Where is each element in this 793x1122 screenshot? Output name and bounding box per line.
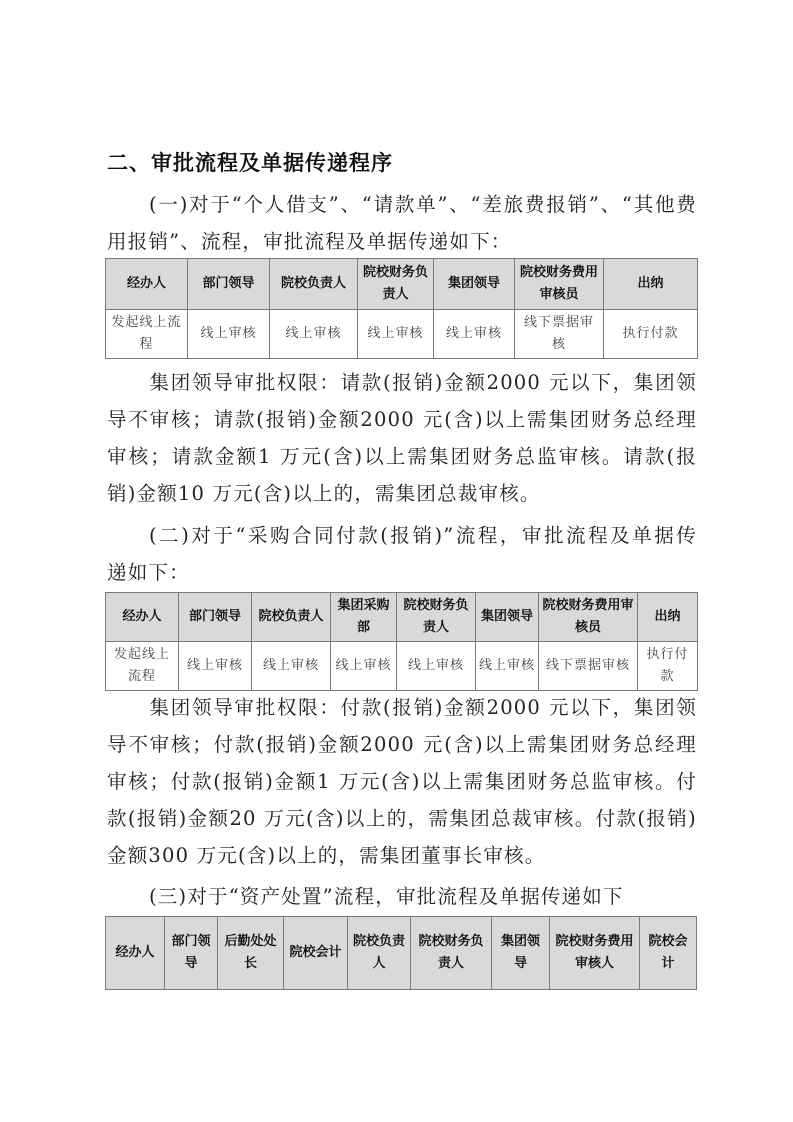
section2-flow-table: 经办人 部门领导 院校负责人 集团采购部 院校财务负责人 集团领导 院校财务费用… (105, 592, 698, 691)
document-page: 二、审批流程及单据传递程序 (一)对于“个人借支”、“请款单”、“差旅费报销”、… (0, 0, 793, 1122)
header-cell: 院校财务负责人 (358, 259, 434, 310)
header-cell: 院校会计 (284, 917, 348, 990)
header-cell: 出纳 (638, 593, 698, 642)
table-cell: 线下票据审核 (539, 642, 638, 691)
section1-flow-table: 经办人 部门领导 院校负责人 院校财务负责人 集团领导 院校财务费用审核员 出纳… (105, 258, 698, 359)
section2-authority-line3: 审核；付款(报销)金额1 万元(含)以上需集团财务总监审核。付 (107, 763, 697, 801)
table-cell: 线上审核 (179, 642, 252, 691)
section-heading: 二、审批流程及单据传递程序 (107, 148, 697, 178)
table-cell: 线上审核 (434, 310, 515, 359)
header-cell: 院校会计 (640, 917, 697, 990)
section1-intro-line1: (一)对于“个人借支”、“请款单”、“差旅费报销”、“其他费 (107, 186, 697, 224)
section2-intro-line1: (二)对于“采购合同付款(报销)”流程，审批流程及单据传 (107, 517, 697, 555)
table-cell: 线上审核 (331, 642, 397, 691)
header-cell: 院校财务负责人 (411, 917, 492, 990)
table-header-row: 经办人 部门领导 院校负责人 集团采购部 院校财务负责人 集团领导 院校财务费用… (106, 593, 698, 642)
header-cell: 部门领导 (165, 917, 218, 990)
section3-intro-line1: (三)对于“资产处置”流程，审批流程及单据传递如下 (107, 878, 697, 916)
header-cell: 院校财务负责人 (397, 593, 476, 642)
section3-flow-table: 经办人 部门领导 后勤处处长 院校会计 院校负责人 院校财务负责人 集团领导 院… (105, 916, 697, 990)
section1-authority-line2: 导不审核；请款(报销)金额2000 元(含)以上需集团财务总经理 (107, 401, 697, 439)
table-header-row: 经办人 部门领导 后勤处处长 院校会计 院校负责人 院校财务负责人 集团领导 院… (106, 917, 697, 990)
section1-intro-line2: 用报销”、流程，审批流程及单据传递如下： (107, 223, 697, 261)
table-cell: 线上审核 (476, 642, 539, 691)
section1-authority-line3: 审核；请款金额1 万元(含)以上需集团财务总监审核。请款(报 (107, 438, 697, 476)
header-cell: 集团领导 (434, 259, 515, 310)
header-cell: 院校负责人 (270, 259, 358, 310)
table-cell: 执行付款 (604, 310, 698, 359)
section1-authority-line1: 集团领导审批权限：请款(报销)金额2000 元以下，集团领 (107, 364, 697, 402)
header-cell: 集团领导 (492, 917, 550, 990)
section2-intro-line2: 递如下： (107, 554, 697, 592)
table-cell: 发起线上流程 (106, 310, 188, 359)
header-cell: 经办人 (106, 259, 188, 310)
table-cell: 执行付款 (638, 642, 698, 691)
header-cell: 集团采购部 (331, 593, 397, 642)
section2-authority-line2: 导不审核；付款(报销)金额2000 元(含)以上需集团财务总经理 (107, 726, 697, 764)
table-cell: 线上审核 (188, 310, 270, 359)
header-cell: 院校财务费用审核员 (539, 593, 638, 642)
header-cell: 院校财务费用审核员 (515, 259, 604, 310)
header-cell: 出纳 (604, 259, 698, 310)
section1-authority-line4: 销)金额10 万元(含)以上的，需集团总裁审核。 (107, 475, 697, 513)
table-cell: 线下票据审核 (515, 310, 604, 359)
header-cell: 院校负责人 (252, 593, 331, 642)
table-row: 发起线上流程 线上审核 线上审核 线上审核 线上审核 线下票据审核 执行付款 (106, 310, 698, 359)
section2-authority-line1: 集团领导审批权限：付款(报销)金额2000 元以下，集团领 (107, 689, 697, 727)
section2-authority-line5: 金额300 万元(含)以上的，需集团董事长审核。 (107, 837, 697, 875)
section2-authority-line4: 款(报销)金额20 万元(含)以上的，需集团总裁审核。付款(报销) (107, 800, 697, 838)
header-cell: 院校财务费用审核人 (550, 917, 640, 990)
table-cell: 线上审核 (397, 642, 476, 691)
table-cell: 线上审核 (270, 310, 358, 359)
table-cell: 线上审核 (358, 310, 434, 359)
table-row: 发起线上流程 线上审核 线上审核 线上审核 线上审核 线上审核 线下票据审核 执… (106, 642, 698, 691)
header-cell: 经办人 (106, 593, 179, 642)
header-cell: 经办人 (106, 917, 165, 990)
table-cell: 发起线上流程 (106, 642, 179, 691)
header-cell: 部门领导 (188, 259, 270, 310)
header-cell: 后勤处处长 (218, 917, 284, 990)
header-cell: 院校负责人 (348, 917, 411, 990)
header-cell: 集团领导 (476, 593, 539, 642)
table-header-row: 经办人 部门领导 院校负责人 院校财务负责人 集团领导 院校财务费用审核员 出纳 (106, 259, 698, 310)
table-cell: 线上审核 (252, 642, 331, 691)
header-cell: 部门领导 (179, 593, 252, 642)
